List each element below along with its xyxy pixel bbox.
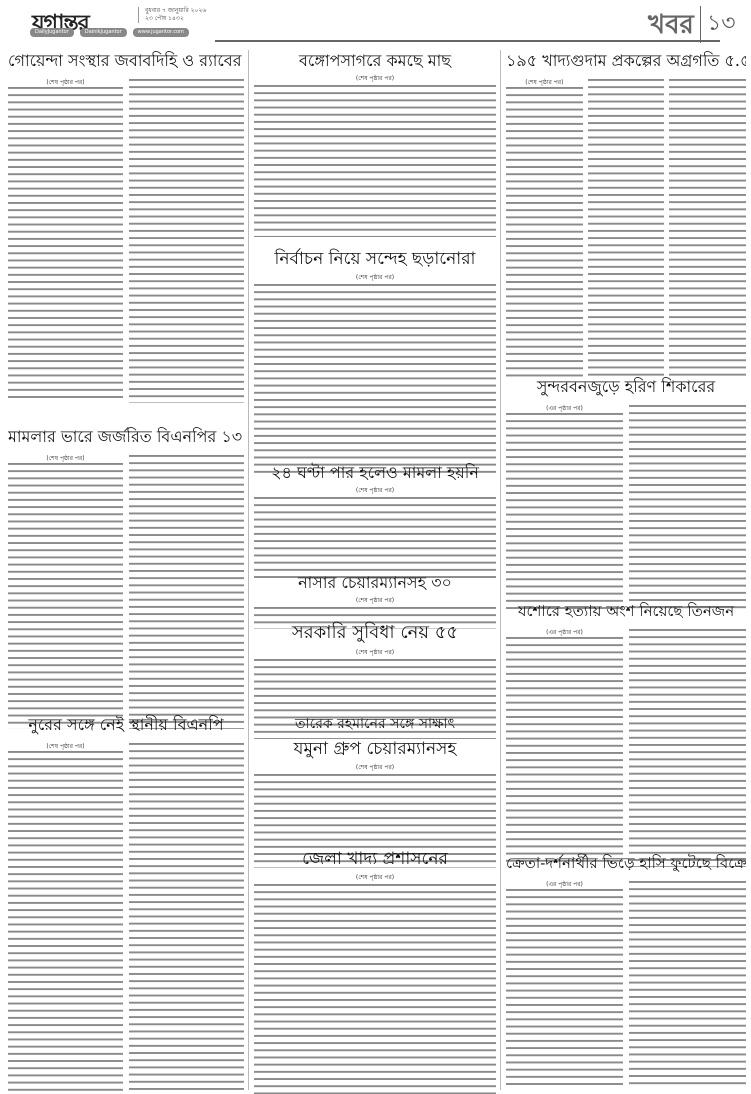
facebook-handle-link[interactable]: DainikJugantor xyxy=(80,28,127,37)
article-column xyxy=(506,637,623,867)
article-column xyxy=(254,884,496,1094)
story-kreta: ক্রেতা-দর্শনার্থীর ভিড়ে হাসি ফুটেছে বিক… xyxy=(506,852,746,1085)
continued-label: (এর পৃষ্ঠার পর) xyxy=(506,629,623,637)
story-sundarban: সুন্দরবনজুড়ে হরিণ শিকারের (এর পৃষ্ঠার প… xyxy=(506,374,746,613)
article-column xyxy=(629,405,746,613)
continued-label: (শেষ পৃষ্ঠার পর) xyxy=(254,649,496,657)
story-jela: জেলা খাদ্য প্রশাসনের (শেষ পৃষ্ঠার পর) xyxy=(254,846,496,1094)
continued-label: (শেষ পৃষ্ঠার পর) xyxy=(8,743,123,751)
story-bongopo: বঙ্গোপসাগরে কমছে মাছ (শেষ পৃষ্ঠার পর) xyxy=(254,48,496,237)
date-bengali: ২৩ পৌষ ১৪৩২ xyxy=(145,15,206,23)
article-column xyxy=(8,87,123,403)
article-column xyxy=(506,889,623,1085)
article-column xyxy=(629,881,746,1085)
continued-label: (শেষ পৃষ্ঠার পর) xyxy=(254,764,496,772)
masthead: যুগান্তর বুধবার ৭ জানুয়ারি ২০২৬ ২৩ পৌষ … xyxy=(0,0,751,40)
article-column xyxy=(129,79,244,403)
issue-date: বুধবার ৭ জানুয়ারি ২০২৬ ২৩ পৌষ ১৪৩২ xyxy=(138,7,206,23)
story-tarek: তারেক রহমানের সঙ্গে সাক্ষাৎ যমুনা গ্রুপ … xyxy=(254,712,496,868)
headline: নুরের সঙ্গে নেই স্থানীয় বিএনপি xyxy=(8,712,244,739)
social-links: DailyJugantor DainikJugantor www.juganto… xyxy=(30,28,189,37)
article-column xyxy=(506,87,583,377)
headline: যশোরে হত্যায় অংশ নিয়েছে তিনজন xyxy=(506,600,746,625)
article-column xyxy=(129,455,244,729)
article-column xyxy=(588,79,665,377)
page-number: ১৩ xyxy=(700,6,736,43)
continued-label: (শেষ পৃষ্ঠার পর) xyxy=(506,79,583,87)
headline: গোয়েন্দা সংস্থার জবাবদিহি ও র‍্যাবের সং… xyxy=(8,48,244,75)
masthead-rule xyxy=(215,40,720,42)
story-jashore: যশোরে হত্যায় অংশ নিয়েছে তিনজন (এর পৃষ্… xyxy=(506,600,746,867)
article-column xyxy=(8,463,123,729)
headline-secondary: যমুনা গ্রুপ চেয়ারম্যানসহ xyxy=(254,736,496,764)
headline: নাসার চেয়ারম্যানসহ ৩০ xyxy=(254,570,496,597)
headline: বঙ্গোপসাগরে কমছে মাছ xyxy=(254,48,496,75)
headline: নির্বাচন নিয়ে সন্দেহ ছড়ানোরা xyxy=(254,246,496,274)
article-column xyxy=(669,79,746,377)
column-divider xyxy=(500,50,501,1090)
headline: ক্রেতা-দর্শনার্থীর ভিড়ে হাসি ফুটেছে বিক… xyxy=(506,852,746,877)
article-column xyxy=(254,284,496,476)
story-nirbachon: নির্বাচন নিয়ে সন্দেহ ছড়ানোরা (শেষ পৃষ্… xyxy=(254,246,496,476)
headline: মামলার ভারে জর্জরিত বিএনপির ১৩ প্রার্থী xyxy=(8,424,244,451)
article-column xyxy=(254,85,496,237)
headline: ১৯৫ খাদ্যগুদাম প্রকল্পের অগ্রগতি ৫.৫৫ xyxy=(506,48,746,75)
headline: জেলা খাদ্য প্রশাসনের xyxy=(254,846,496,874)
article-column xyxy=(629,629,746,867)
story-nur: নুরের সঙ্গে নেই স্থানীয় বিএনপি (শেষ পৃষ… xyxy=(8,712,244,1091)
continued-label: (শেষ পৃষ্ঠার পর) xyxy=(254,487,496,495)
continued-label: (শেষ পৃষ্ঠার পর) xyxy=(254,274,496,282)
continued-label: (শেষ পৃষ্ঠার পর) xyxy=(254,597,496,605)
story-khadyo: ১৯৫ খাদ্যগুদাম প্রকল্পের অগ্রগতি ৫.৫৫ (শ… xyxy=(506,48,746,377)
article-column xyxy=(129,743,244,1091)
story-ghonta: ২৪ ঘণ্টা পার হলেও মামলা হয়নি (শেষ পৃষ্ঠ… xyxy=(254,460,496,583)
continued-label: (এর পৃষ্ঠার পর) xyxy=(506,881,623,889)
headline: তারেক রহমানের সঙ্গে সাক্ষাৎ xyxy=(254,712,496,736)
website-link[interactable]: www.jugantor.com xyxy=(133,28,189,37)
continued-label: (শেষ পৃষ্ঠার পর) xyxy=(8,455,123,463)
newspaper-logo: যুগান্তর xyxy=(32,6,89,43)
date-gregorian: বুধবার ৭ জানুয়ারি ২০২৬ xyxy=(145,7,206,15)
headline: ২৪ ঘণ্টা পার হলেও মামলা হয়নি xyxy=(254,460,496,487)
headline: সরকারি সুবিধা নেয় ৫৫ xyxy=(254,618,496,649)
continued-label: (শেষ পৃষ্ঠার পর) xyxy=(254,874,496,882)
continued-label: (শেষ পৃষ্ঠার পর) xyxy=(254,75,496,83)
column-divider xyxy=(248,50,249,1090)
x-handle-link[interactable]: DailyJugantor xyxy=(30,28,74,37)
story-goyenda: গোয়েন্দা সংস্থার জবাবদিহি ও র‍্যাবের সং… xyxy=(8,48,244,403)
story-mamla: মামলার ভারে জর্জরিত বিএনপির ১৩ প্রার্থী … xyxy=(8,424,244,729)
continued-label: (শেষ পৃষ্ঠার পর) xyxy=(8,79,123,87)
article-column xyxy=(506,413,623,613)
continued-label: (এর পৃষ্ঠার পর) xyxy=(506,405,623,413)
article-column xyxy=(8,751,123,1091)
headline: সুন্দরবনজুড়ে হরিণ শিকারের xyxy=(506,374,746,401)
